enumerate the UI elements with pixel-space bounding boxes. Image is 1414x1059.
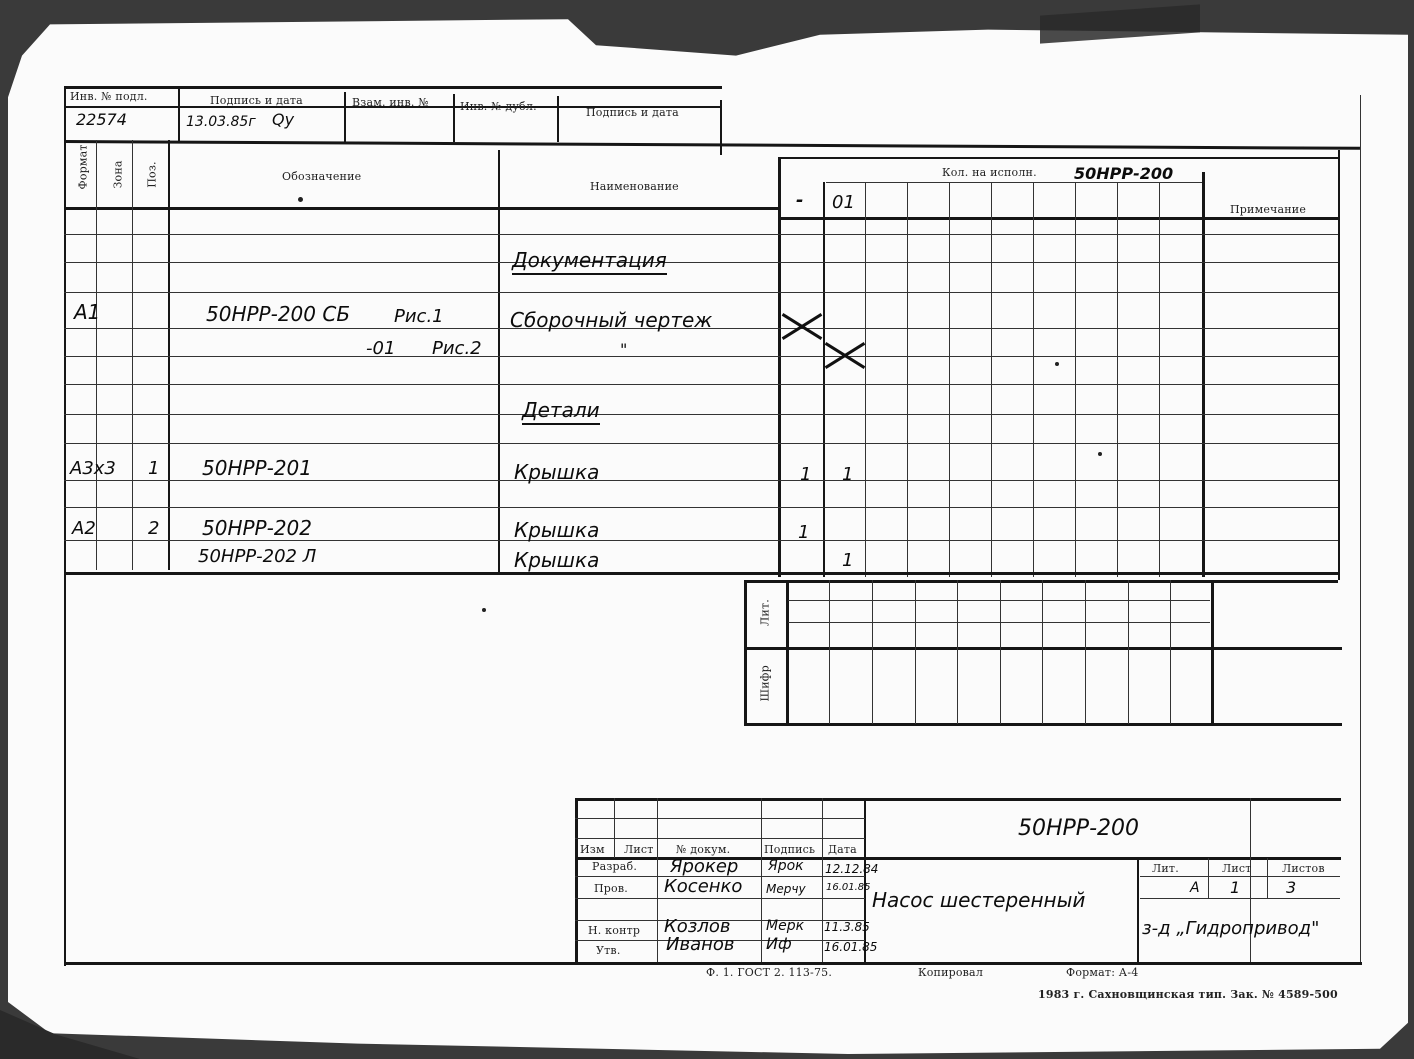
row-format: A3x3 <box>70 458 116 479</box>
row-format: A2 <box>72 518 96 539</box>
sign-date-value: 13.03.85г <box>186 114 256 130</box>
row-name: Сборочный чертеж <box>510 308 712 332</box>
scan-speck <box>1055 362 1059 366</box>
role-date: 16.01.85 <box>824 940 877 954</box>
scan-speck <box>298 197 303 202</box>
scan-speck <box>482 608 486 612</box>
row-designation: 50НРР-200 СБ <box>206 302 350 326</box>
sheets-value: 3 <box>1286 878 1296 897</box>
x-mark <box>824 341 866 369</box>
col-date: Дата <box>828 843 857 856</box>
role-signature: Мерчу <box>766 882 806 896</box>
header-qty-designation: 50НРР-200 <box>1074 164 1173 183</box>
sheet-value: 1 <box>1230 878 1240 897</box>
header-zone: Зона <box>112 161 125 189</box>
lit-label: Лит. <box>759 596 772 630</box>
row-format: A1 <box>74 300 100 324</box>
row-qty-01: 1 <box>842 550 853 571</box>
header-variant-base: - <box>796 190 803 211</box>
role-label: Утв. <box>596 944 621 957</box>
copied-label: Копировал <box>918 966 983 979</box>
vzam-inv-label: Взам. инв. № <box>352 96 429 109</box>
role-date: 16.01.85 <box>826 882 871 893</box>
inv-dubl-label: Инв. № дубл. <box>460 100 537 113</box>
header-designation: Обозначение <box>282 170 361 183</box>
role-label: Разраб. <box>592 860 637 873</box>
cipher-label: Шифр <box>759 668 772 702</box>
title-designation: 50НРР-200 <box>1018 816 1139 841</box>
col-signature: Подпись <box>764 843 815 856</box>
role-name: Ярокер <box>670 856 738 877</box>
section-title: Детали <box>522 398 600 425</box>
row-qty-base: 1 <box>800 464 811 485</box>
sheets-label: Листов <box>1282 862 1325 875</box>
role-date: 11.3.85 <box>824 920 870 934</box>
row-name: Крышка <box>514 518 599 542</box>
header-qty-label: Кол. на исполн. <box>942 166 1037 179</box>
role-date: 12.12.84 <box>825 862 878 876</box>
row-pos: 1 <box>148 458 159 479</box>
form-gost: Ф. 1. ГОСТ 2. 113-75. <box>706 966 832 979</box>
role-name: Косенко <box>664 876 742 897</box>
row-designation-note: Рис.2 <box>432 338 482 359</box>
header-pos: Поз. <box>146 161 159 189</box>
inv-no-value: 22574 <box>76 110 127 129</box>
role-name: Иванов <box>666 934 735 955</box>
row-name: Крышка <box>514 460 599 484</box>
x-mark <box>781 312 823 340</box>
signature-mark: Qу <box>272 110 294 129</box>
printer-info: 1983 г. Сахновщинская тип. Зак. № 4589-5… <box>1038 988 1338 1001</box>
row-name: " <box>620 340 627 359</box>
sign-date-label: Подпись и дата <box>210 94 303 107</box>
role-signature: Мерк <box>766 918 804 934</box>
row-pos: 2 <box>148 518 159 539</box>
role-signature: Ярок <box>768 858 804 874</box>
role-signature: Иф <box>766 934 792 953</box>
row-designation: 50НРР-201 <box>202 456 312 480</box>
role-label: Пров. <box>594 882 628 895</box>
format-label: Формат: А-4 <box>1066 966 1138 979</box>
section-title: Документация <box>512 248 667 275</box>
sign-date2-label: Подпись и дата <box>586 106 679 119</box>
header-variant-01: 01 <box>832 192 855 213</box>
scan-speck <box>1098 452 1102 456</box>
row-designation: 50НРР-202 <box>202 516 312 540</box>
lit-label: Лит. <box>1152 862 1179 875</box>
col-izm: Изм <box>580 843 605 856</box>
product-name: Насос шестеренный <box>872 888 1085 912</box>
col-doc-no: № докум. <box>676 843 730 856</box>
row-name: Крышка <box>514 548 599 572</box>
row-qty-base: 1 <box>798 522 809 543</box>
row-designation-note: Рис.1 <box>394 306 444 327</box>
organization: з-д „Гидропривод" <box>1142 918 1319 939</box>
row-qty-01: 1 <box>842 464 853 485</box>
row-designation: -01 <box>366 338 395 359</box>
lit-value: А <box>1190 880 1200 896</box>
row-designation: 50НРР-202 Л <box>198 546 316 567</box>
header-format: Формат <box>77 160 90 190</box>
role-label: Н. контр <box>588 924 640 937</box>
sheet-label: Лист <box>1222 862 1252 875</box>
header-note: Примечание <box>1230 203 1306 216</box>
inv-no-label: Инв. № подл. <box>70 90 148 103</box>
header-name: Наименование <box>590 180 679 193</box>
col-list: Лист <box>624 843 654 856</box>
